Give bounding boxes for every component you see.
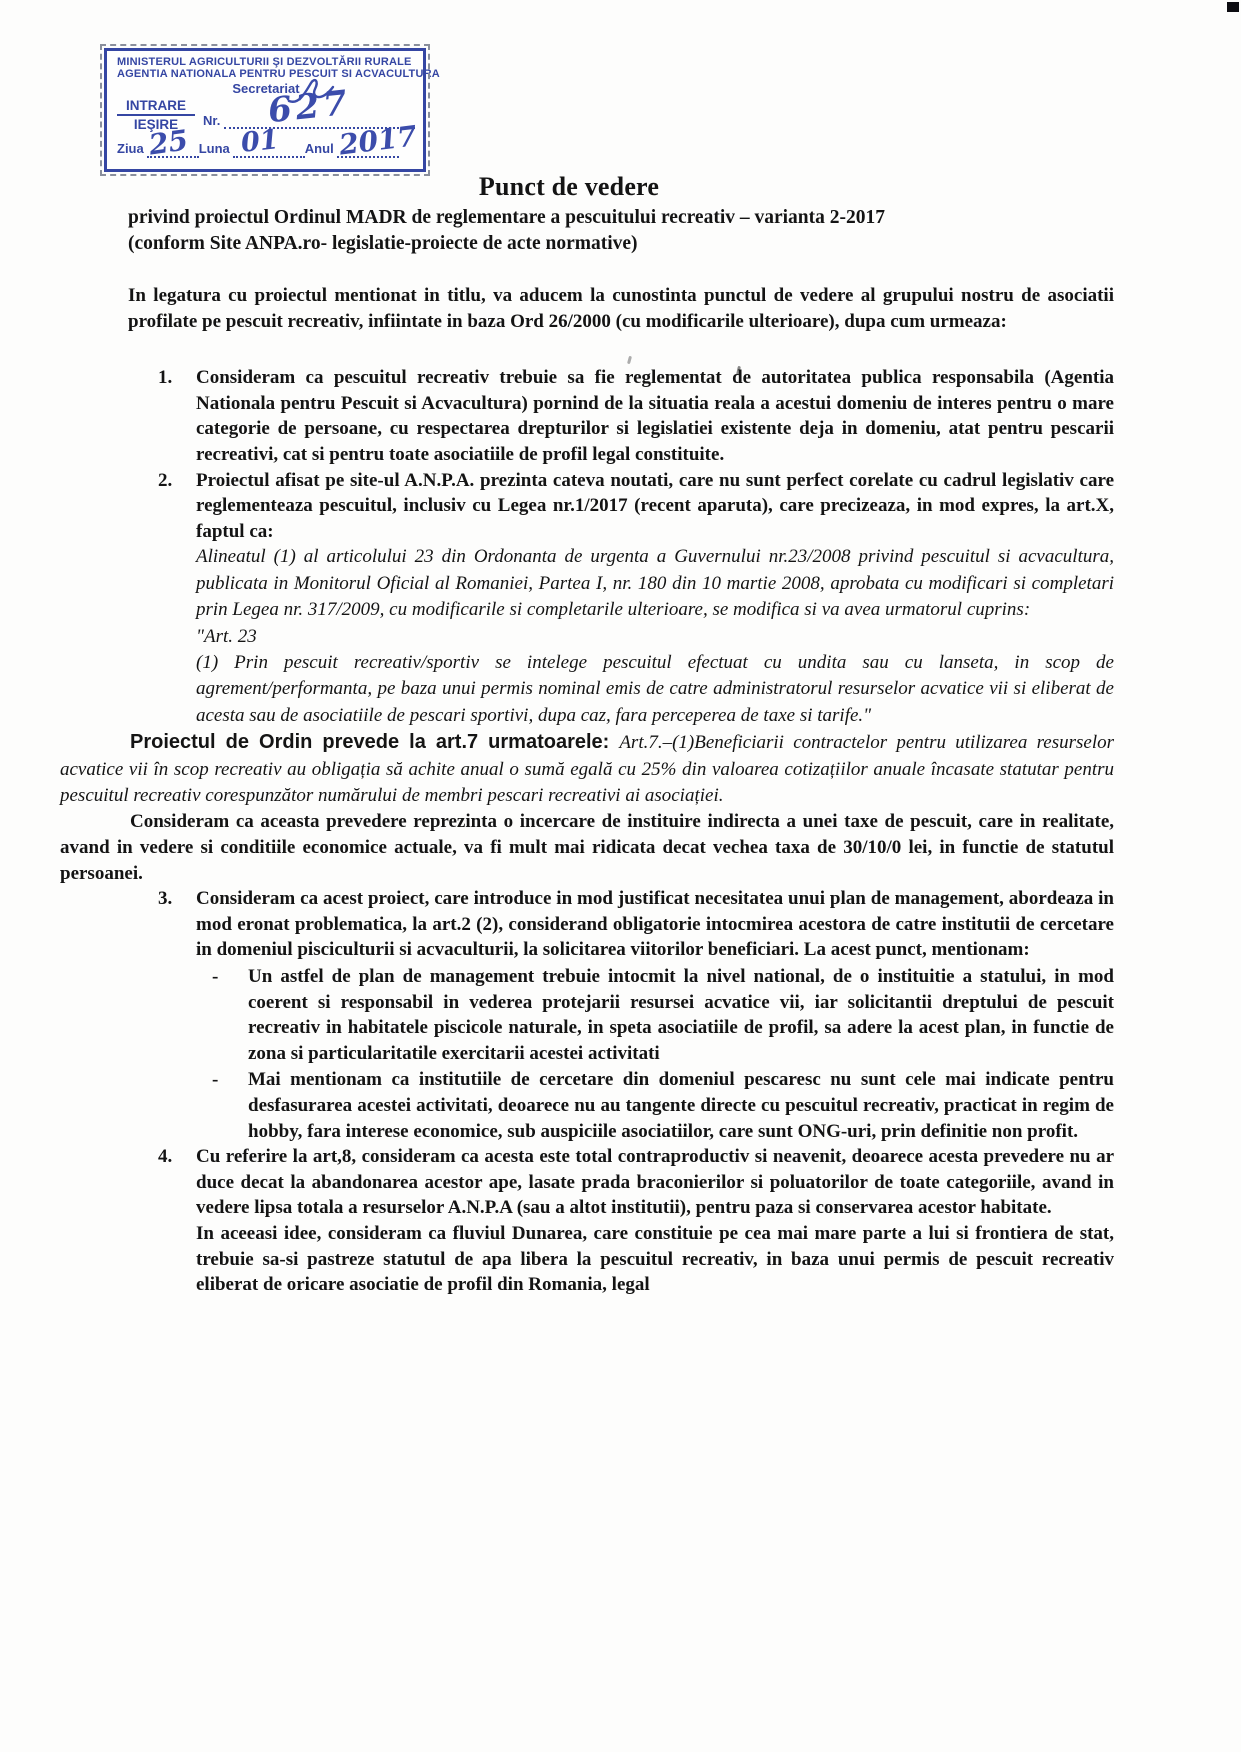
stamp-ministry-line: MINISTERUL AGRICULTURII ŞI DEZVOLTĂRII R… xyxy=(117,56,415,68)
item-number: 3. xyxy=(158,886,196,1144)
item-text: Cu referire la art,8, consideram ca aces… xyxy=(196,1144,1114,1221)
stamp-ziua-handwritten-value: 25 xyxy=(147,123,190,161)
stamp-anul-label: Anul xyxy=(305,141,334,156)
list-item-2: 2. Proiectul afisat pe site-ul A.N.P.A. … xyxy=(158,468,1114,730)
list-item-1: 1. Consideram ca pescuitul recreativ tre… xyxy=(158,365,1114,467)
document-content: Punct de vedere privind proiectul Ordinu… xyxy=(128,172,1114,1298)
item-number: 2. xyxy=(158,468,196,730)
page-title: Punct de vedere xyxy=(76,172,1062,202)
stamp-luna-line: 01 xyxy=(233,138,305,158)
list-item-4: 4. Cu referire la art,8, consideram ca a… xyxy=(158,1144,1114,1298)
subtitle-line-1: privind proiectul Ordinul MADR de reglem… xyxy=(128,205,1114,231)
item-text: Proiectul afisat pe site-ul A.N.P.A. pre… xyxy=(196,468,1114,545)
intro-paragraph: In legatura cu proiectul mentionat in ti… xyxy=(128,283,1114,334)
document-page: MINISTERUL AGRICULTURII ŞI DEZVOLTĂRII R… xyxy=(0,0,1241,1752)
item-text-2: In aceeasi idee, consideram ca fluviul D… xyxy=(196,1221,1114,1298)
stamp-ziua-label: Ziua xyxy=(117,141,144,156)
stamp-nr-label: Nr. xyxy=(203,113,220,128)
law-quote-art23-heading: "Art. 23 xyxy=(196,624,1114,650)
item-number: 4. xyxy=(158,1144,196,1298)
dash-bullet-2: - Mai mentionam ca institutiile de cerce… xyxy=(212,1067,1114,1144)
art7-section: Proiectul de Ordin prevede la art.7 urma… xyxy=(60,729,1114,886)
law-quote-art23-text: (1) Prin pescuit recreativ/sportiv se in… xyxy=(196,650,1114,729)
bullet-text: Mai mentionam ca institutiile de cerceta… xyxy=(248,1067,1114,1144)
list-item-3: 3. Consideram ca acest proiect, care int… xyxy=(158,886,1114,1144)
law-quote-paragraph: Alineatul (1) al articolului 23 din Ordo… xyxy=(196,544,1114,623)
art7-label: Proiectul de Ordin prevede la art.7 urma… xyxy=(130,731,609,753)
taxa-paragraph: Consideram ca aceasta prevedere reprezin… xyxy=(60,809,1114,886)
item-text: Consideram ca pescuitul recreativ trebui… xyxy=(196,365,1114,467)
item-text: Consideram ca acest proiect, care introd… xyxy=(196,886,1114,963)
stamp-luna-handwritten-value: 01 xyxy=(239,124,280,159)
art7-paragraph: Proiectul de Ordin prevede la art.7 urma… xyxy=(60,729,1114,809)
item-number: 1. xyxy=(158,365,196,467)
stamp-ziua-line: 25 xyxy=(147,138,199,158)
stamp-nr-handwritten-value: 627 xyxy=(266,83,353,131)
dash-marker: - xyxy=(212,964,248,1066)
subtitle-line-2: (conform Site ANPA.ro- legislatie-proiec… xyxy=(128,231,1114,257)
item-body: Cu referire la art,8, consideram ca aces… xyxy=(196,1144,1114,1298)
bullet-text: Un astfel de plan de management trebuie … xyxy=(248,964,1114,1066)
dash-marker: - xyxy=(212,1067,248,1144)
stamp-intrare-label: INTRARE xyxy=(117,98,195,116)
stamp-anul-line: 2017 xyxy=(337,138,399,158)
stamp-agency-line: AGENTIA NATIONALA PENTRU PESCUIT SI ACVA… xyxy=(117,68,415,80)
dash-bullet-1: - Un astfel de plan de management trebui… xyxy=(212,964,1114,1066)
item-body: Consideram ca acest proiect, care introd… xyxy=(196,886,1114,1144)
registration-stamp: MINISTERUL AGRICULTURII ŞI DEZVOLTĂRII R… xyxy=(104,48,426,172)
document-subtitle: privind proiectul Ordinul MADR de reglem… xyxy=(128,205,1114,257)
item-body: Proiectul afisat pe site-ul A.N.P.A. pre… xyxy=(196,468,1114,730)
stamp-luna-label: Luna xyxy=(199,141,230,156)
numbered-list: 1. Consideram ca pescuitul recreativ tre… xyxy=(128,365,1114,1298)
scan-artifact-corner xyxy=(1227,2,1239,12)
